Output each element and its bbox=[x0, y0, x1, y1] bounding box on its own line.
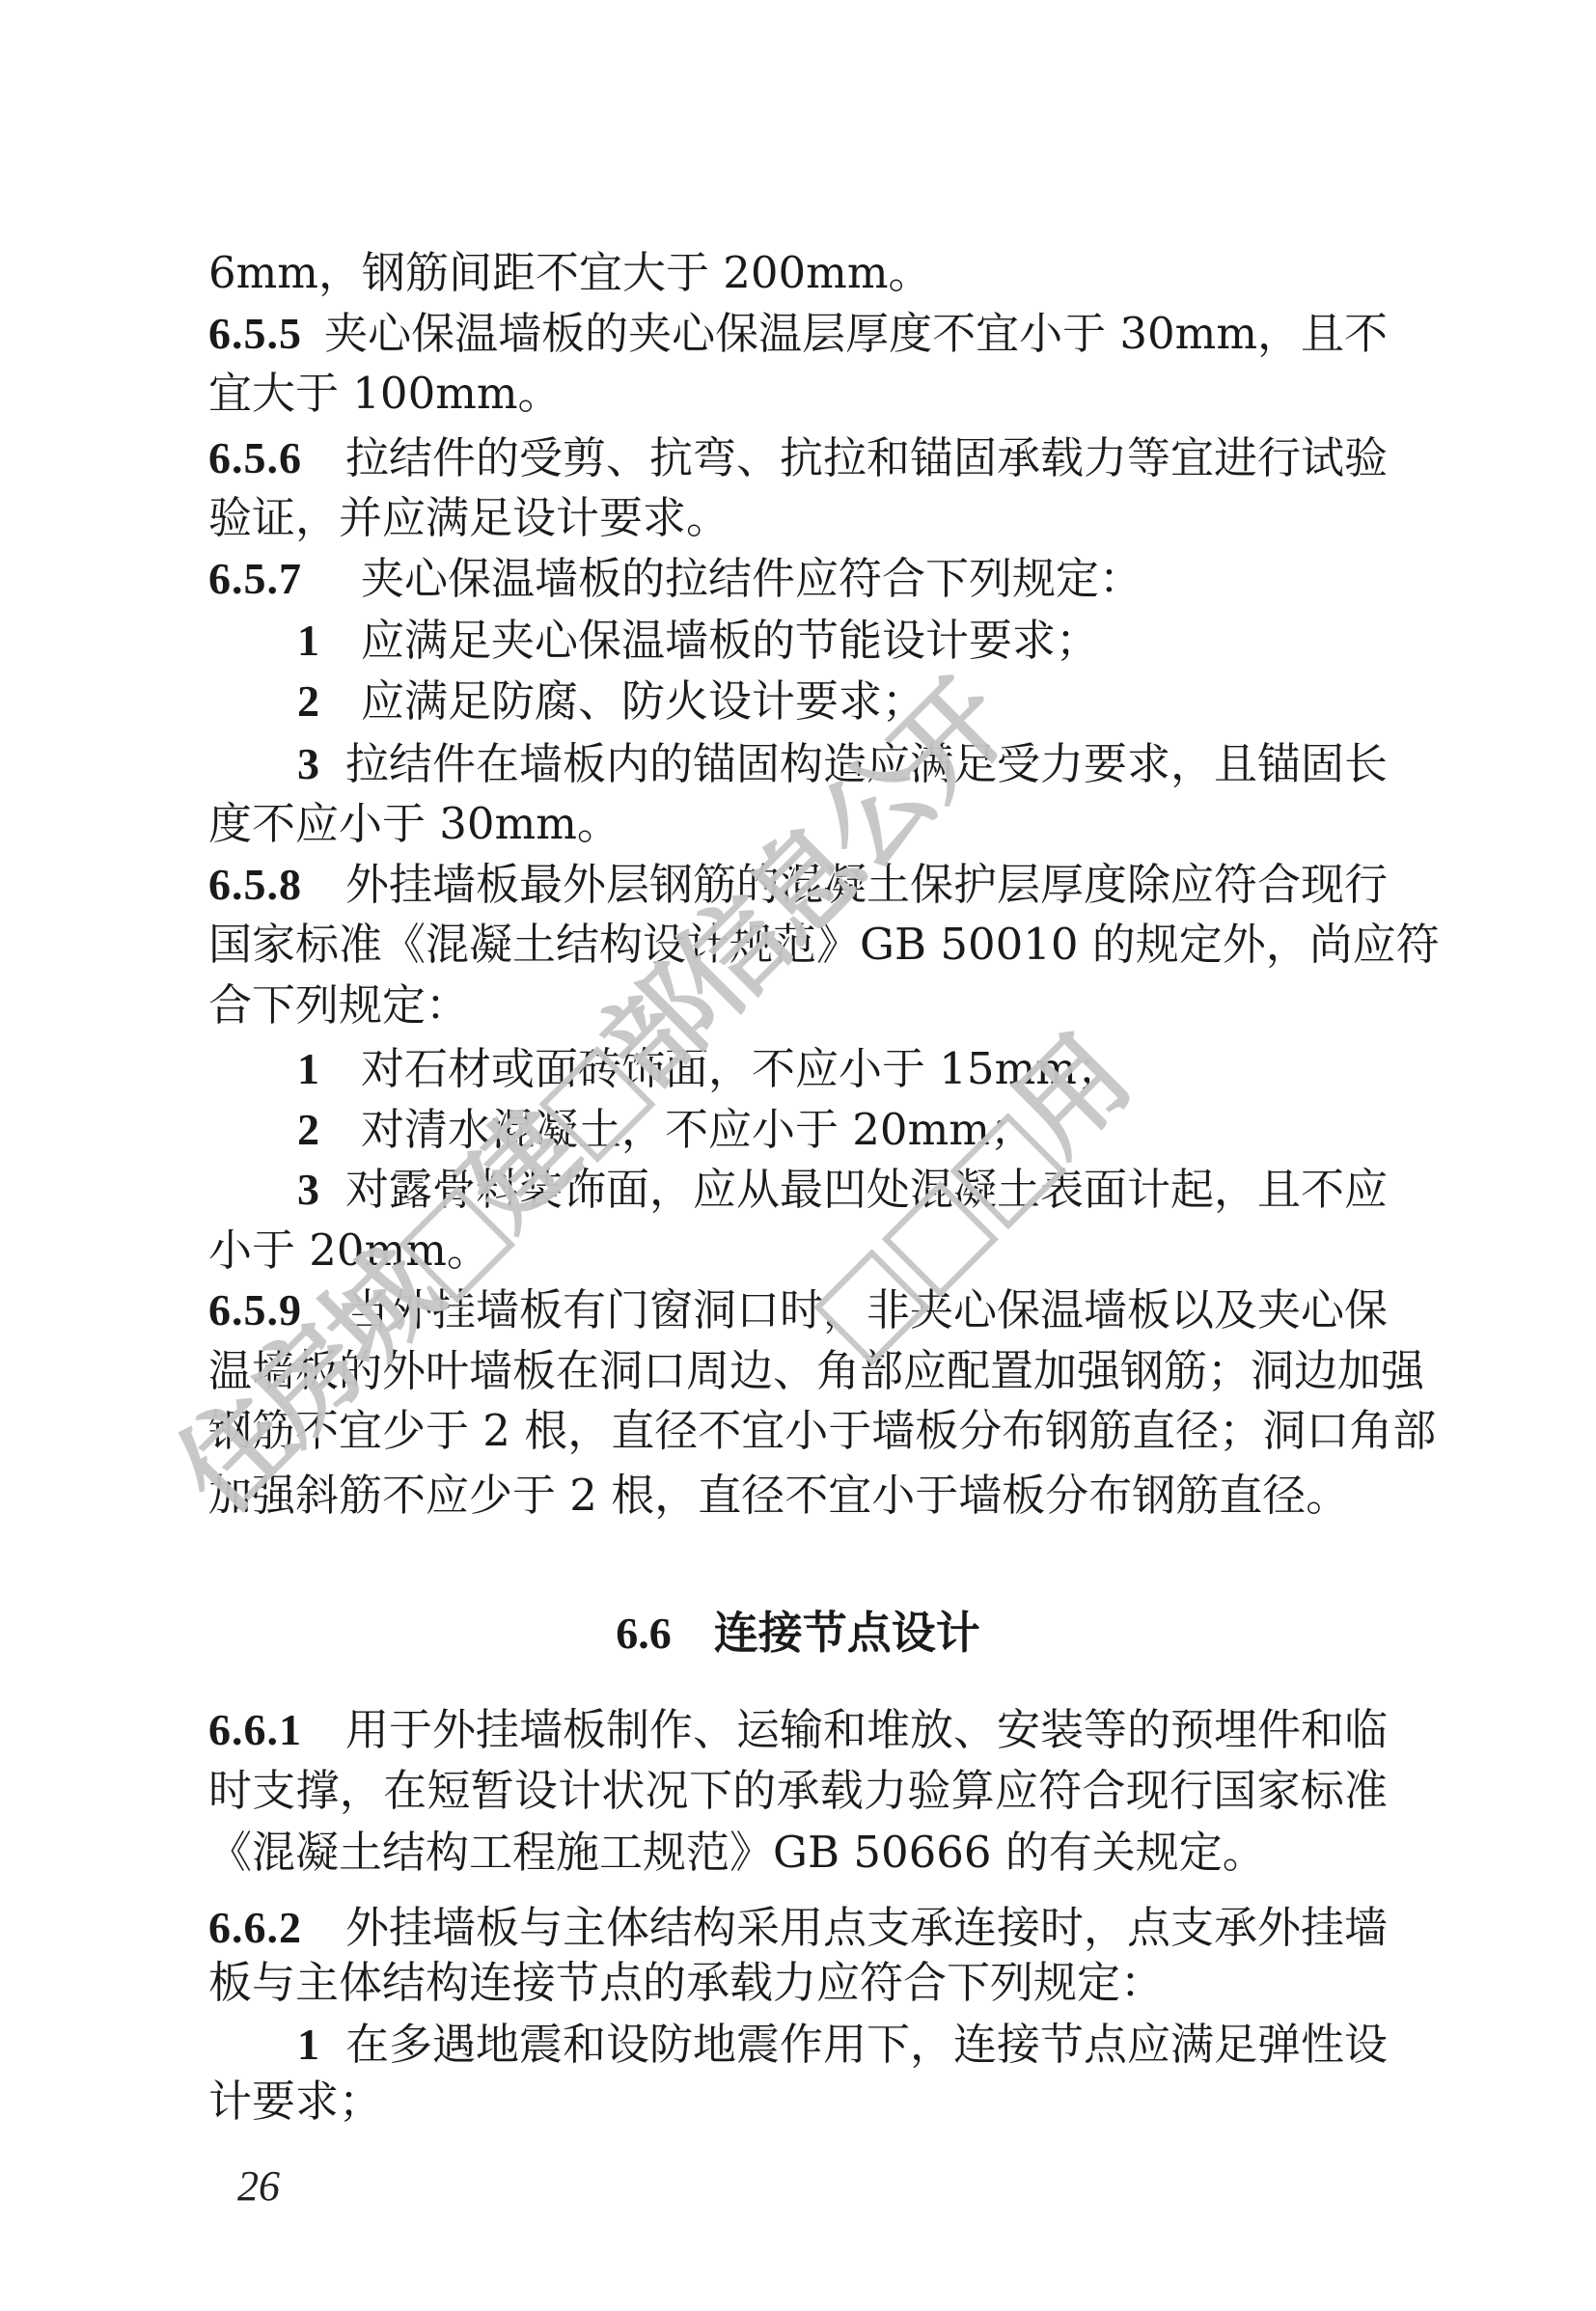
text-line: 验证，并应满足设计要求。 bbox=[208, 489, 1388, 547]
item-number: 1 bbox=[297, 2016, 345, 2074]
text-line: 度不应小于 30mm。 bbox=[208, 795, 1388, 853]
list-item: 1 在多遇地震和设防地震作用下，连接节点应满足弹性设 bbox=[208, 2016, 1388, 2074]
line-text: 夹心保温墙板的夹心保温层厚度不宜小于 30mm，且不 bbox=[324, 305, 1388, 363]
list-item: 1 对石材或面砖饰面，不应小于 15mm； bbox=[208, 1040, 1388, 1098]
line-text: 对清水混凝土，不应小于 20mm； bbox=[361, 1101, 1388, 1159]
clause-6-5-9: 6.5.9 当外挂墙板有门窗洞口时，非夹心保温墙板以及夹心保 bbox=[208, 1281, 1388, 1339]
list-item: 2 应满足防腐、防火设计要求； bbox=[208, 673, 1388, 730]
clause-number: 6.5.7 bbox=[208, 550, 361, 608]
clause-number: 6.5.8 bbox=[208, 856, 345, 914]
line-text: 度不应小于 30mm。 bbox=[208, 798, 620, 849]
line-text: 在多遇地震和设防地震作用下，连接节点应满足弹性设 bbox=[345, 2016, 1388, 2074]
clause-6-6-2: 6.6.2 外挂墙板与主体结构采用点支承连接时，点支承外挂墙 bbox=[208, 1899, 1388, 1957]
clause-6-5-7: 6.5.7 夹心保温墙板的拉结件应符合下列规定： bbox=[208, 550, 1388, 608]
clause-6-5-8: 6.5.8 外挂墙板最外层钢筋的混凝土保护层厚度除应符合现行 bbox=[208, 856, 1388, 914]
line-text: 宜大于 100mm。 bbox=[208, 368, 562, 419]
text-line: 合下列规定： bbox=[208, 977, 1388, 1034]
text-line: 国家标准《混凝土结构设计规范》GB 50010 的规定外，尚应符 bbox=[208, 916, 1388, 974]
section-heading: 6.6连接节点设计 bbox=[208, 1604, 1388, 1662]
item-number: 1 bbox=[297, 1040, 361, 1098]
clause-number: 6.5.9 bbox=[208, 1281, 345, 1339]
text-line: 钢筋不宜少于 2 根，直径不宜小于墙板分布钢筋直径；洞口角部 bbox=[208, 1402, 1388, 1460]
line-text: 夹心保温墙板的拉结件应符合下列规定： bbox=[361, 550, 1388, 608]
text-line: 温墙板的外叶墙板在洞口周边、角部应配置加强钢筋；洞边加强 bbox=[208, 1342, 1388, 1400]
line-text: 板与主体结构连接节点的承载力应符合下列规定： bbox=[208, 1957, 1164, 2008]
clause-6-5-6: 6.5.6 拉结件的受剪、抗弯、抗拉和锚固承载力等宜进行试验 bbox=[208, 429, 1388, 487]
line-text: 应满足夹心保温墙板的节能设计要求； bbox=[361, 612, 1388, 670]
line-text: 拉结件在墙板内的锚固构造应满足受力要求，且锚固长 bbox=[345, 735, 1388, 793]
line-text: 时支撑，在短暂设计状况下的承载力验算应符合现行国家标准 bbox=[208, 1765, 1388, 1816]
line-text: 国家标准《混凝土结构设计规范》GB 50010 的规定外，尚应符 bbox=[208, 919, 1440, 970]
clause-6-5-5: 6.5.5 夹心保温墙板的夹心保温层厚度不宜小于 30mm，且不 bbox=[208, 305, 1388, 363]
list-item: 3 拉结件在墙板内的锚固构造应满足受力要求，且锚固长 bbox=[208, 735, 1388, 793]
text-line: 6mm，钢筋间距不宜大于 200mm。 bbox=[208, 244, 1388, 302]
section-number: 6.6 bbox=[616, 1609, 672, 1658]
line-text: 外挂墙板最外层钢筋的混凝土保护层厚度除应符合现行 bbox=[345, 856, 1388, 914]
list-item: 2 对清水混凝土，不应小于 20mm； bbox=[208, 1101, 1388, 1159]
list-item: 3 对露骨料装饰面，应从最凹处混凝土表面计起，且不应 bbox=[208, 1161, 1388, 1219]
section-title: 连接节点设计 bbox=[714, 1607, 980, 1659]
line-text: 外挂墙板与主体结构采用点支承连接时，点支承外挂墙 bbox=[345, 1899, 1388, 1957]
page-number: 26 bbox=[237, 2165, 280, 2208]
line-text: 温墙板的外叶墙板在洞口周边、角部应配置加强钢筋；洞边加强 bbox=[208, 1345, 1424, 1396]
line-text: 用于外挂墙板制作、运输和堆放、安装等的预埋件和临 bbox=[345, 1701, 1388, 1759]
line-text: 当外挂墙板有门窗洞口时，非夹心保温墙板以及夹心保 bbox=[345, 1281, 1388, 1339]
text-line: 计要求； bbox=[208, 2073, 1388, 2131]
line-text: 加强斜筋不应少于 2 根，直径不宜小于墙板分布钢筋直径。 bbox=[208, 1470, 1349, 1521]
body-text: 6mm，钢筋间距不宜大于 200mm。 6.5.5 夹心保温墙板的夹心保温层厚度… bbox=[0, 0, 1596, 2311]
item-number: 2 bbox=[297, 1101, 361, 1159]
item-number: 2 bbox=[297, 673, 361, 730]
clause-number: 6.6.2 bbox=[208, 1899, 345, 1957]
line-text: 验证，并应满足设计要求。 bbox=[208, 492, 729, 543]
line-text: 应满足防腐、防火设计要求； bbox=[361, 673, 1388, 730]
item-number: 1 bbox=[297, 612, 361, 670]
item-number: 3 bbox=[297, 1161, 345, 1219]
text-line: 宜大于 100mm。 bbox=[208, 365, 1388, 423]
line-text: 6mm，钢筋间距不宜大于 200mm。 bbox=[208, 247, 932, 298]
line-text: 对石材或面砖饰面，不应小于 15mm； bbox=[361, 1040, 1388, 1098]
list-item: 1 应满足夹心保温墙板的节能设计要求； bbox=[208, 612, 1388, 670]
line-text: 《混凝土结构工程施工规范》GB 50666 的有关规定。 bbox=[208, 1827, 1266, 1878]
line-text: 合下列规定： bbox=[208, 979, 469, 1031]
line-text: 拉结件的受剪、抗弯、抗拉和锚固承载力等宜进行试验 bbox=[345, 429, 1388, 487]
clause-6-6-1: 6.6.1 用于外挂墙板制作、运输和堆放、安装等的预埋件和临 bbox=[208, 1701, 1388, 1759]
line-text: 小于 20mm。 bbox=[208, 1224, 490, 1276]
text-line: 《混凝土结构工程施工规范》GB 50666 的有关规定。 bbox=[208, 1824, 1388, 1882]
clause-number: 6.5.5 bbox=[208, 305, 324, 363]
line-text: 对露骨料装饰面，应从最凹处混凝土表面计起，且不应 bbox=[345, 1161, 1388, 1219]
text-line: 时支撑，在短暂设计状况下的承载力验算应符合现行国家标准 bbox=[208, 1762, 1388, 1820]
document-page: 6mm，钢筋间距不宜大于 200mm。 6.5.5 夹心保温墙板的夹心保温层厚度… bbox=[0, 0, 1596, 2311]
clause-number: 6.5.6 bbox=[208, 429, 345, 487]
text-line: 板与主体结构连接节点的承载力应符合下列规定： bbox=[208, 1954, 1388, 2012]
text-line: 小于 20mm。 bbox=[208, 1222, 1388, 1279]
line-text: 计要求； bbox=[208, 2076, 382, 2127]
line-text: 钢筋不宜少于 2 根，直径不宜小于墙板分布钢筋直径；洞口角部 bbox=[208, 1405, 1436, 1456]
text-line: 加强斜筋不应少于 2 根，直径不宜小于墙板分布钢筋直径。 bbox=[208, 1467, 1388, 1525]
clause-number: 6.6.1 bbox=[208, 1701, 345, 1759]
item-number: 3 bbox=[297, 735, 345, 793]
